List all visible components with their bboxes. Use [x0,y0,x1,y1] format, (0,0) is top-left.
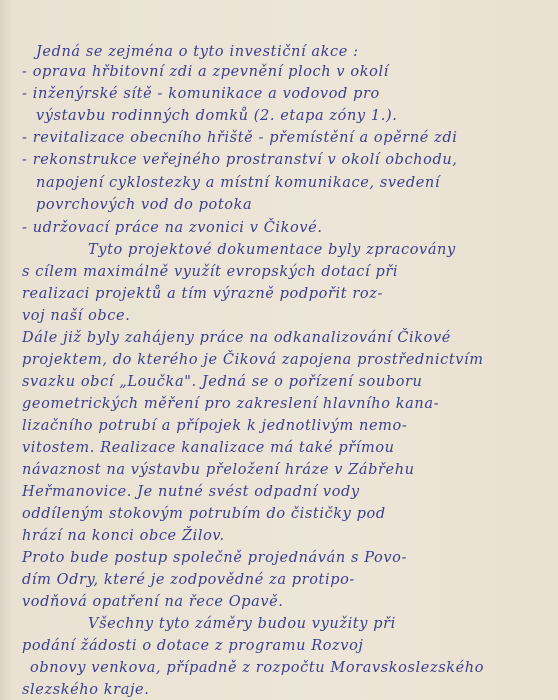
handwritten-line: lizačního potrubí a přípojek k jednotliv… [22,416,407,436]
handwritten-line: - rekonstrukce veřejného prostranství v … [22,150,457,170]
handwritten-line: - udržovací práce na zvonici v Čikové. [22,218,323,238]
handwritten-line: Tyto projektové dokumentace byly zpracov… [88,240,456,260]
handwritten-line: hrází na konci obce Žilov. [22,526,225,546]
handwritten-line: Heřmanovice. Je nutné svést odpadní vody [22,482,360,502]
handwritten-line: návaznost na výstavbu přeložení hráze v … [22,460,415,480]
handwritten-line: oddíleným stokovým potrubím do čističky … [22,504,386,524]
handwritten-line: obnovy venkova, případně z rozpočtu Mora… [30,658,484,678]
handwritten-line: s cílem maximálně využít evropských dota… [22,262,398,282]
handwritten-line: Proto bude postup společně projednáván s… [22,548,407,568]
handwritten-page: Jedná se zejména o tyto investiční akce … [0,0,558,700]
handwritten-line: vitostem. Realizace kanalizace má také p… [22,438,395,458]
handwritten-line: dím Odry, které je zodpovědné za protipo… [22,570,355,590]
handwritten-line: slezského kraje. [22,680,149,700]
handwritten-line: povrchových vod do potoka [36,195,252,215]
handwritten-line: Všechny tyto záměry budou využity při [88,614,396,634]
handwritten-line: podání žádosti o dotace z programu Rozvo… [22,636,364,656]
handwritten-line: výstavbu rodinných domků (2. etapa zóny … [36,106,397,126]
handwritten-line: - oprava hřbitovní zdi a zpevnění ploch … [22,62,389,82]
handwritten-line: Dále již byly zahájeny práce na odkanali… [22,328,451,348]
handwritten-line: - revitalizace obecního hřiště - přemíst… [22,128,458,148]
handwritten-line: realizaci projektů a tím výrazně podpoři… [22,284,383,304]
handwritten-line: projektem, do kterého je Čiková zapojena… [22,350,484,370]
handwritten-line: napojení cyklostezky a místní komunikace… [36,173,440,193]
handwritten-line: geometrických měření pro zakreslení hlav… [22,394,439,414]
handwritten-line: voj naší obce. [22,306,130,326]
handwritten-line: vodňová opatření na řece Opavě. [22,592,284,612]
handwritten-line: - inženýrské sítě - komunikace a vodovod… [22,84,380,104]
handwritten-line: Jedná se zejména o tyto investiční akce … [36,42,359,62]
handwritten-line: svazku obcí „Loučka". Jedná se o pořízen… [22,372,423,392]
